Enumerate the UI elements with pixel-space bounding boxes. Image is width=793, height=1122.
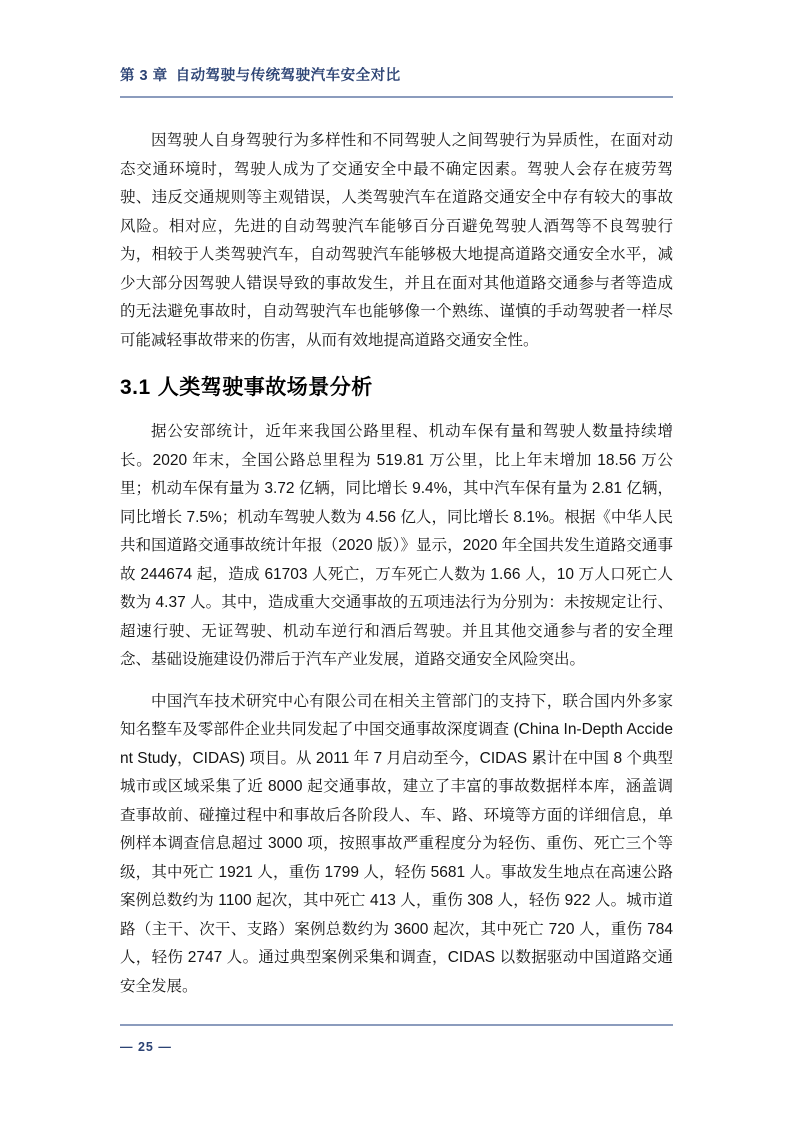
chapter-header: 第 3 章自动驾驶与传统驾驶汽车安全对比	[120, 64, 673, 98]
chapter-label: 第 3 章	[120, 68, 168, 84]
section-number: 3.1	[120, 376, 151, 399]
document-page: 第 3 章自动驾驶与传统驾驶汽车安全对比 因驾驶人自身驾驶行为多样性和不同驾驶人…	[0, 0, 793, 1122]
document-body: 因驾驶人自身驾驶行为多样性和不同驾驶人之间驾驶行为异质性，在面对动态交通环境时，…	[120, 127, 673, 1014]
body-paragraph-cidas: 中国汽车技术研究中心有限公司在相关主管部门的支持下，联合国内外多家知名整车及零部…	[120, 688, 673, 1002]
section-heading: 3.1人类驾驶事故场景分析	[120, 371, 673, 401]
body-paragraph-statistics: 据公安部统计，近年来我国公路里程、机动车保有量和驾驶人数量持续增长。2020 年…	[120, 418, 673, 675]
page-footer: — 25 —	[120, 1024, 673, 1056]
chapter-title: 自动驾驶与传统驾驶汽车安全对比	[176, 68, 401, 84]
section-title: 人类驾驶事故场景分析	[158, 376, 373, 399]
page-number: — 25 —	[120, 1040, 172, 1054]
intro-paragraph: 因驾驶人自身驾驶行为多样性和不同驾驶人之间驾驶行为异质性，在面对动态交通环境时，…	[120, 127, 673, 355]
